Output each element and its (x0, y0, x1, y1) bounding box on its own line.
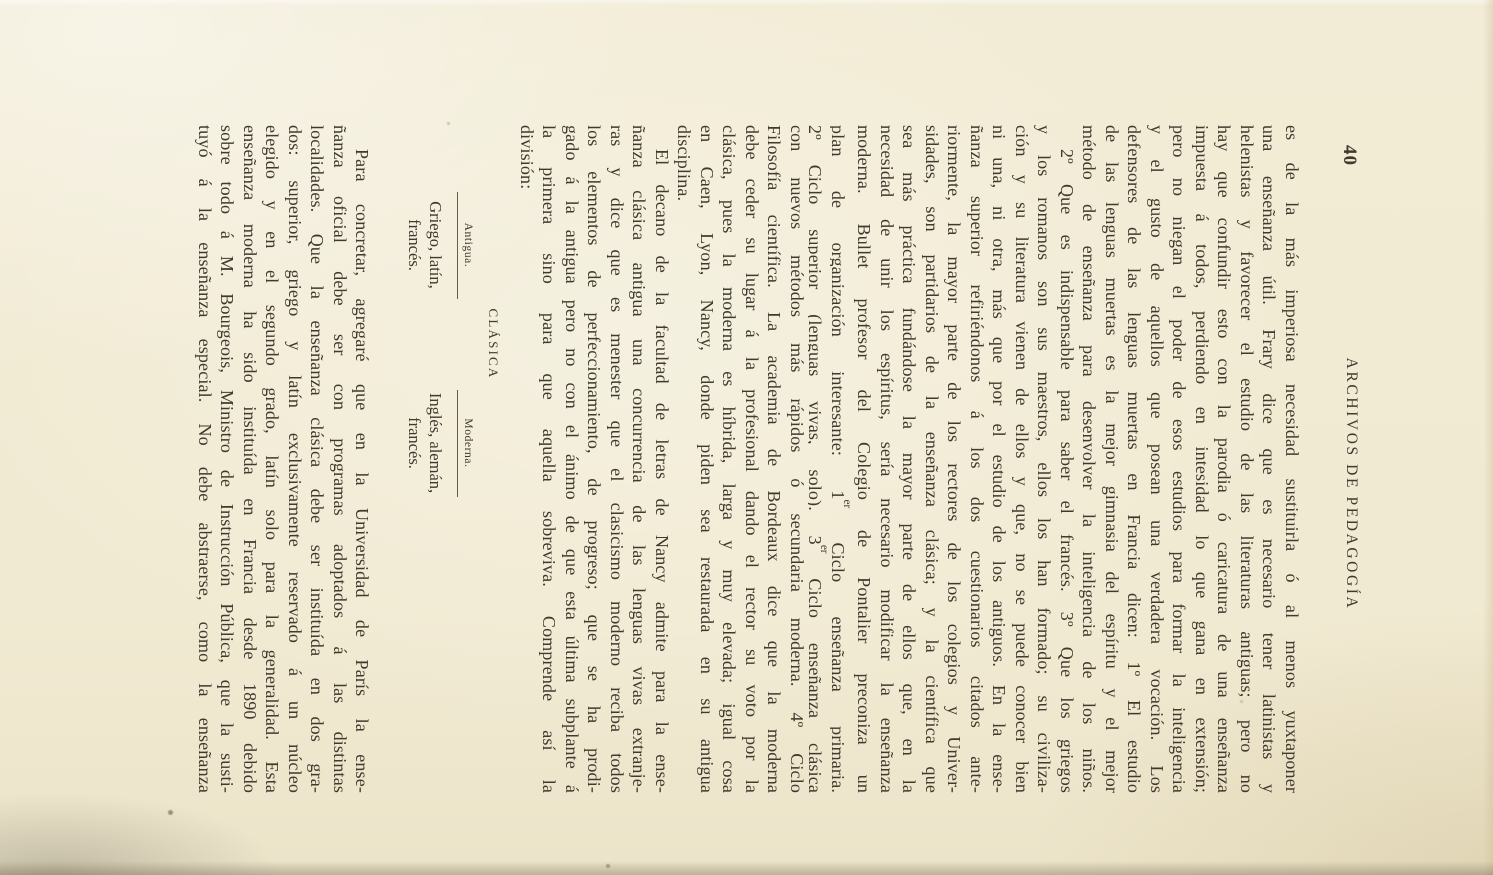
text-line: pero no niegan el poder de esos estudios… (1168, 125, 1191, 793)
text-line: defensores de las lenguas muertas en Fra… (1123, 125, 1146, 793)
text-line: El decano de la facultad de letras de Na… (651, 125, 674, 793)
text-line: de las lenguas muertas es la mejor gimna… (1101, 125, 1124, 793)
column-rule (458, 192, 459, 299)
text-line: clásica, pues la moderna es híbrida, lar… (718, 125, 741, 793)
column-header: Antigua. (463, 160, 475, 330)
table-title: CLÁSICA (486, 160, 502, 528)
paragraph: Para concretar, agregaré que en la Unive… (194, 125, 374, 793)
text-line: en Caen, Lyon, Nancy, donde piden sea re… (696, 125, 719, 793)
table-cell: francés. (404, 358, 426, 528)
table-cell: francés. (404, 160, 426, 330)
paragraph: 2º Que es indispensable para saber el fr… (673, 125, 1078, 793)
text-line: sidades, son partidarios de la enseñanza… (921, 125, 944, 793)
text-line: 2º Que es indispensable para saber el fr… (1056, 125, 1079, 793)
text-line: 2º Ciclo superior (lenguas vivas, solo).… (808, 125, 831, 793)
text-line: ñanza oficial debe ser con programas ado… (329, 125, 352, 793)
text-line: ñanza superior refiriéndonos á los dos c… (966, 125, 989, 793)
text-line: ni una, ni otra, más que por el estudio … (988, 125, 1011, 793)
table-cell: Inglés, alemán, (425, 358, 447, 528)
text-line: sea más práctica fundándose la mayor par… (898, 125, 921, 793)
book-page-scan: 40 ARCHIVOS DE PEDAGOGÍA es de la más im… (0, 0, 1493, 875)
text-line: Filosofía científica. La academia de Bor… (763, 125, 786, 793)
text-line: con nuevos métodos más rápidos ó secunda… (786, 125, 809, 793)
journal-title: ARCHIVOS DE PEDAGOGÍA (1343, 358, 1360, 611)
text-line: hay que confundir esto con la parodia ó … (1213, 125, 1236, 793)
text-line: tuyó á la enseñanza especial. No debe ab… (194, 125, 217, 793)
classification-table: CLÁSICAAntigua.Griego, latín,francés.Mod… (404, 160, 502, 528)
paragraph: es de la más imperiosa necesidad sustitu… (1078, 125, 1303, 793)
text-line: ción y su literatura vienen de ellos y q… (1011, 125, 1034, 793)
text-line: moderna. Bullet profesor del Colegio de … (853, 125, 876, 793)
table-cell: Griego, latín, (425, 160, 447, 330)
text-line: sobre todo á M. Bourgeois, Ministro de I… (216, 125, 239, 793)
table-column: Moderna.Inglés, alemán,francés. (404, 358, 475, 528)
table-column: Antigua.Griego, latín,francés. (404, 160, 475, 330)
paragraph: El decano de la facultad de letras de Na… (516, 125, 674, 793)
text-line: elegido y en el segundo grado, latín sol… (261, 125, 284, 793)
text-line: es de la más imperiosa necesidad sustitu… (1281, 125, 1304, 793)
text-line: y el gusto de aquellos que posean una ve… (1146, 125, 1169, 793)
text-line: necesidad de unir los espíritus, sería n… (876, 125, 899, 793)
text-line: división: (516, 125, 539, 793)
column-rule (458, 390, 459, 497)
table-columns: Antigua.Griego, latín,francés.Moderna.In… (404, 160, 475, 528)
text-line: y los romanos son sus maestros, ellos lo… (1033, 125, 1056, 793)
text-line: impuesta á todos, perdiendo en intesidad… (1191, 125, 1214, 793)
text-line: los elementos de perfeccionamiento, de p… (583, 125, 606, 793)
text-line: gado á la antigua pero no con el ánimo d… (561, 125, 584, 793)
text-line: debe ceder su lugar á la profesional dan… (741, 125, 764, 793)
page-body: es de la más imperiosa necesidad sustitu… (194, 125, 1304, 793)
text-line: disciplina. (673, 125, 696, 793)
text-line: riormente, la mayor parte de los rectore… (943, 125, 966, 793)
text-line: método de enseñanza para desenvolver la … (1078, 125, 1101, 793)
text-line: Para concretar, agregaré que en la Unive… (351, 125, 374, 793)
text-line: localidades. Que la enseñanza clásica de… (306, 125, 329, 793)
text-line: plan de organización interesante: 1er Ci… (831, 125, 854, 793)
text-line: ras y dice que es menester que el clasic… (606, 125, 629, 793)
text-line: la primera sino para que aquella sobrevi… (538, 125, 561, 793)
text-line: una enseñanza útil. Frary dice que es ne… (1258, 125, 1281, 793)
text-line: ñanza clásica antigua una concurrencia d… (628, 125, 651, 793)
page-header: 40 ARCHIVOS DE PEDAGOGÍA (1336, 125, 1360, 793)
column-header: Moderna. (463, 358, 475, 528)
page-number: 40 (1338, 145, 1360, 166)
text-line: helenistas y favorecer el estudio de las… (1236, 125, 1259, 793)
page-content-rotated: 40 ARCHIVOS DE PEDAGOGÍA es de la más im… (0, 0, 1493, 875)
text-line: dos: superior, griego y latín exclusivam… (284, 125, 307, 793)
text-line: enseñanza moderna ha sido instituída en … (239, 125, 262, 793)
